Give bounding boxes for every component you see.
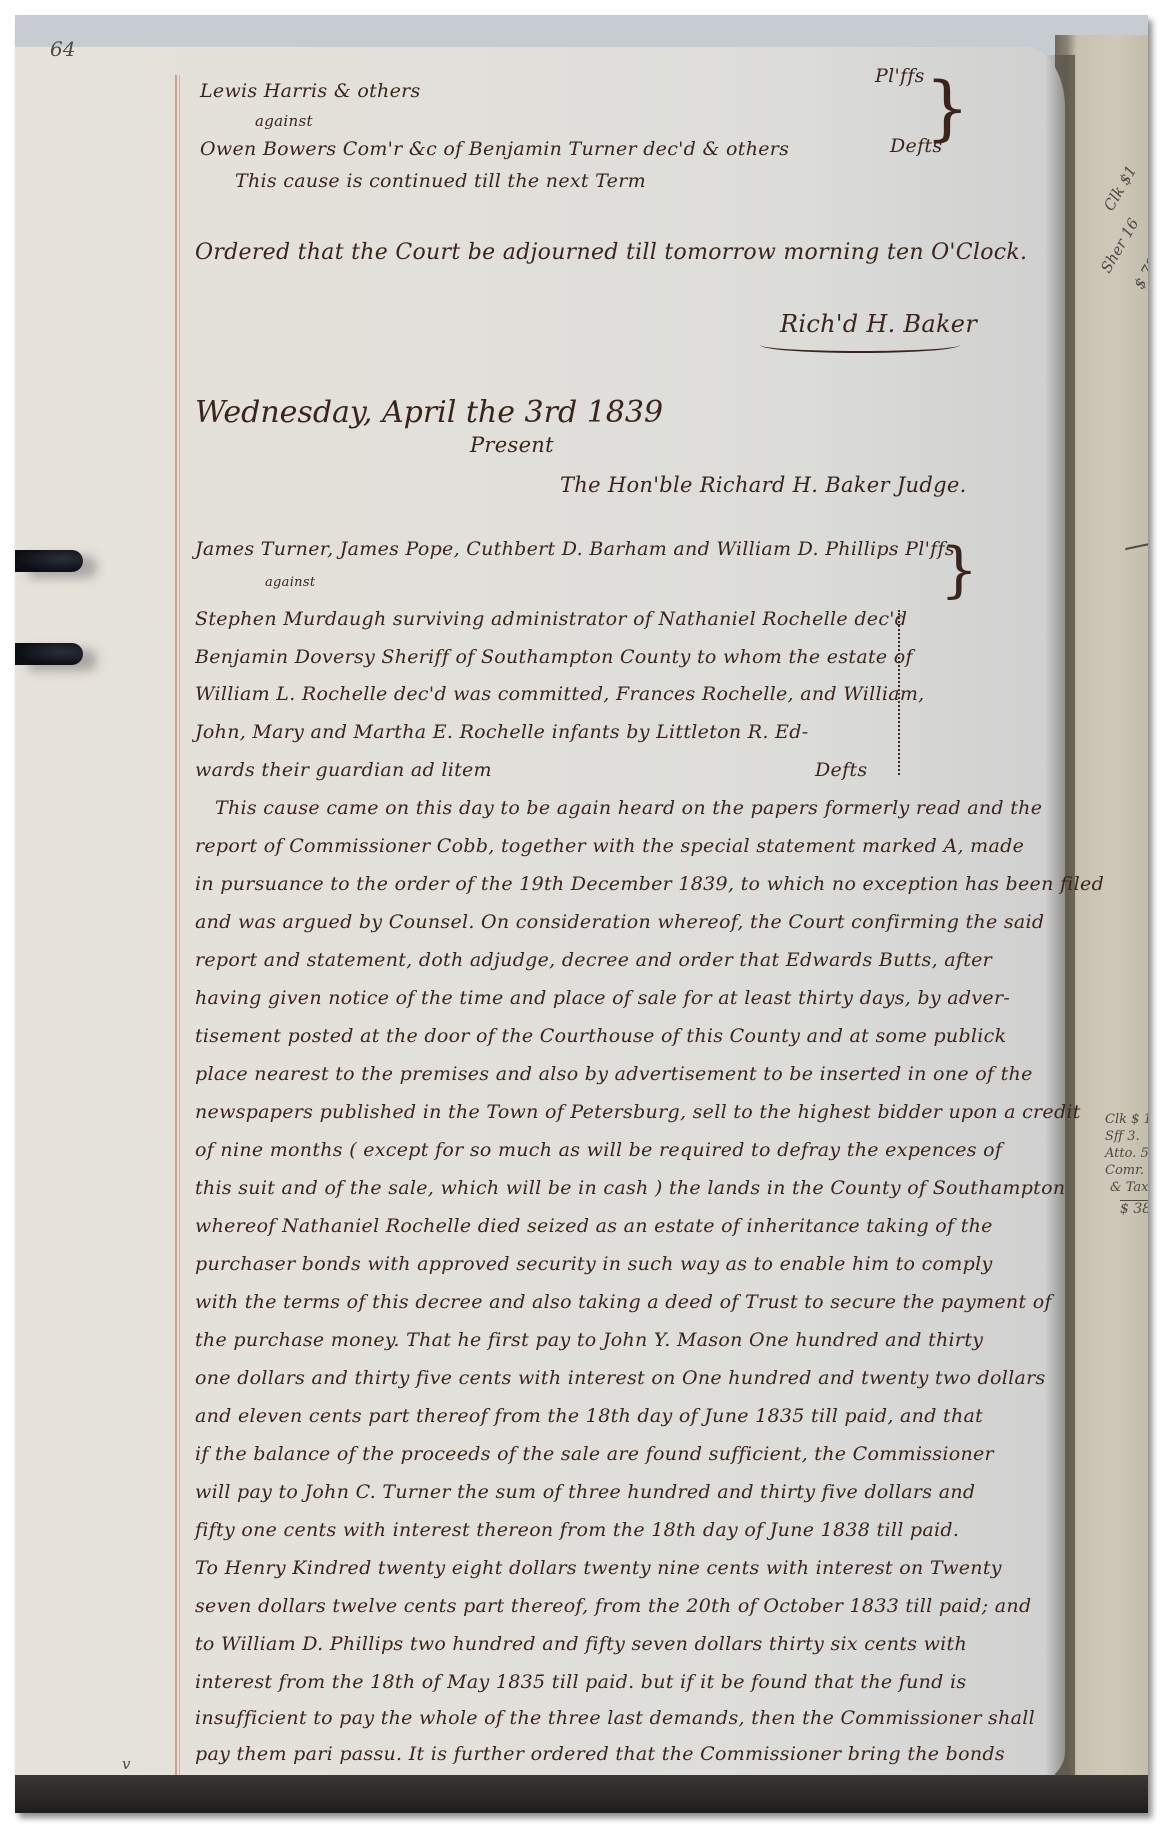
decree-line: To Henry Kindred twenty eight dollars tw…	[195, 1557, 1002, 1579]
brace-icon: }	[925, 73, 970, 143]
signature-flourish	[760, 337, 960, 353]
decree-line: of nine months ( except for so much as w…	[195, 1139, 1002, 1161]
decree-line: report of Commissioner Cobb, together wi…	[195, 835, 1024, 857]
decree-line: tisement posted at the door of the Court…	[195, 1025, 1006, 1047]
fee-total: $ 38	[1120, 1200, 1148, 1217]
decree-line: and eleven cents part thereof from the 1…	[195, 1405, 983, 1427]
case1-plaintiffs-label: Pl'ffs	[875, 65, 925, 87]
decree-line: in pursuance to the order of the 19th De…	[195, 873, 1104, 895]
page-number: 64	[50, 37, 75, 61]
decree-line: newspapers published in the Town of Pete…	[195, 1101, 1081, 1123]
session-judge: The Hon'ble Richard H. Baker Judge.	[560, 473, 967, 497]
decree-line: having given notice of the time and plac…	[195, 987, 1010, 1009]
case2-defendant-line: John, Mary and Martha E. Rochelle infant…	[195, 721, 808, 743]
case2-versus: against	[265, 575, 315, 590]
decree-line: the purchase money. That he first pay to…	[195, 1329, 983, 1351]
decree-line: fifty one cents with interest thereon fr…	[195, 1519, 959, 1541]
case1-plaintiffs: Lewis Harris & others	[200, 80, 421, 102]
fee-note: Comr. 16	[1105, 1163, 1148, 1178]
case1-ruling: This cause is continued till the next Te…	[235, 170, 646, 192]
case2-plaintiffs: James Turner, James Pope, Cuthbert D. Ba…	[195, 538, 955, 560]
fee-note: Sff 3.	[1105, 1129, 1140, 1144]
decree-line: interest from the 18th of May 1835 till …	[195, 1671, 966, 1693]
decree-line: purchaser bonds with approved security i…	[195, 1253, 992, 1275]
fee-note: Atto. 5.	[1105, 1146, 1148, 1161]
decree-line: this suit and of the sale, which will be…	[195, 1177, 1065, 1199]
decree-line: place nearest to the premises and also b…	[195, 1063, 1033, 1085]
decree-line: whereof Nathaniel Rochelle died seized a…	[195, 1215, 993, 1237]
decree-line: report and statement, doth adjudge, decr…	[195, 949, 992, 971]
adjournment-order: Ordered that the Court be adjourned till…	[195, 240, 1027, 265]
page-bottom-shadow	[15, 1775, 1148, 1813]
decree-line: pay them pari passu. It is further order…	[195, 1743, 1005, 1765]
decree-line: will pay to John C. Turner the sum of th…	[195, 1481, 975, 1503]
case2-defendant-line: wards their guardian ad litem	[195, 759, 492, 781]
decree-line: with the terms of this decree and also t…	[195, 1291, 1052, 1313]
margin-rule	[175, 75, 177, 1775]
decree-line: This cause came on this day to be again …	[215, 797, 1042, 819]
decree-line: one dollars and thirty five cents with i…	[195, 1367, 1046, 1389]
case1-defendants: Owen Bowers Com'r &c of Benjamin Turner …	[200, 138, 789, 160]
decree-line: to William D. Phillips two hundred and f…	[195, 1633, 967, 1655]
decree-line: if the balance of the proceeds of the sa…	[195, 1443, 994, 1465]
margin-rule-inner	[179, 75, 180, 1775]
margin-tick: v	[122, 1755, 130, 1773]
binder-clip-icon	[15, 643, 83, 665]
spine-shadow	[1045, 55, 1075, 1813]
case2-defendant-line: Benjamin Doversy Sheriff of Southampton …	[195, 646, 913, 668]
fee-note: & Tax	[1110, 1180, 1148, 1195]
decree-line: and was argued by Counsel. On considerat…	[195, 911, 1044, 933]
case2-defendant-line: William L. Rochelle dec'd was committed,…	[195, 683, 925, 705]
ledger-photo: 64 Lewis Harris & others against Owen Bo…	[15, 15, 1148, 1813]
session-present: Present	[470, 433, 554, 457]
binder-clip-icon	[15, 550, 83, 572]
decree-line: insufficient to pay the whole of the thr…	[195, 1707, 1035, 1729]
judge-signature: Rich'd H. Baker	[780, 310, 977, 338]
wavy-brace-icon	[898, 610, 910, 775]
fee-note: Clk $ 12	[1105, 1112, 1148, 1127]
case2-defendant-line: Stephen Murdaugh surviving administrator…	[195, 608, 907, 630]
brace-icon: }	[940, 540, 978, 600]
case1-versus: against	[255, 112, 313, 130]
case2-defendants-label: Defts	[815, 759, 867, 781]
decree-line: seven dollars twelve cents part thereof,…	[195, 1595, 1031, 1617]
session-date: Wednesday, April the 3rd 1839	[195, 395, 663, 430]
